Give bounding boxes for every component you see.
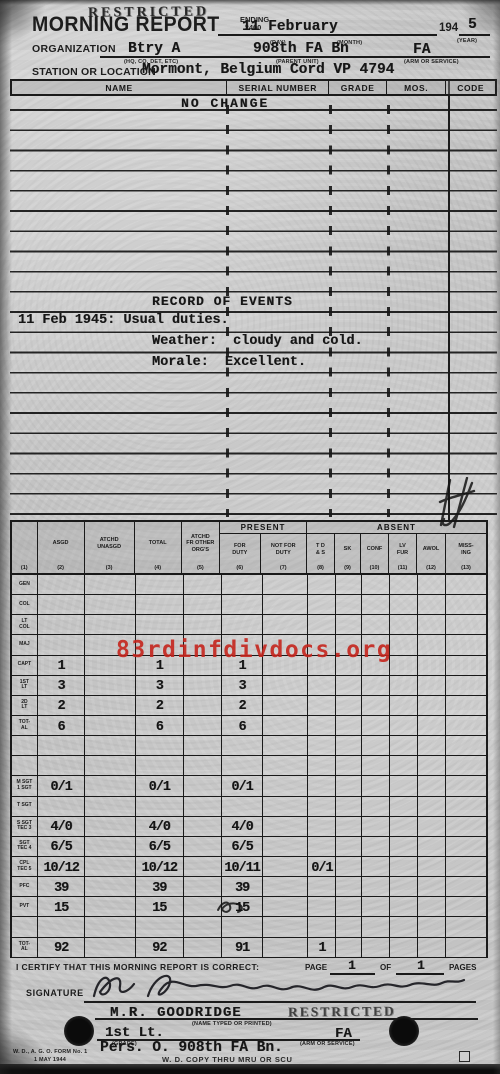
organization-label: ORGANIZATION xyxy=(32,43,116,55)
strength-cell xyxy=(308,877,336,896)
strength-cell xyxy=(308,575,336,594)
strength-cell xyxy=(38,635,86,654)
strength-row-label: S SGT TEC 3 xyxy=(12,817,38,836)
grade-value: 1st Lt. xyxy=(105,1025,164,1041)
strength-cell xyxy=(390,615,418,634)
unit-line: Pers. O. 908th FA Bn. xyxy=(100,1040,283,1056)
strength-cell xyxy=(308,837,336,856)
strength-cell xyxy=(390,817,418,836)
strength-cell xyxy=(336,575,362,594)
strength-row-label: CPL TEC 5 xyxy=(12,857,38,876)
strength-cell: 6/5 xyxy=(136,837,184,856)
strength-cell xyxy=(263,877,309,896)
strength-cell xyxy=(362,716,390,735)
strength-cell xyxy=(418,716,447,735)
punch-hole-right xyxy=(389,1016,419,1046)
strength-cell xyxy=(418,635,447,654)
strength-table: (1) ASGD (2) ATCHD UNASGD (3) TOTAL (4) … xyxy=(10,520,488,958)
strength-row-label xyxy=(12,756,38,775)
strength-cell xyxy=(390,736,418,755)
strength-row: CPL TEC 510/1210/1210/110/1 xyxy=(12,857,486,877)
strength-cell: 10/11 xyxy=(222,857,263,876)
strength-cell xyxy=(362,857,390,876)
strength-cell: 2 xyxy=(38,696,86,715)
watermark-text: 83rdinfdivdocs.org xyxy=(116,637,392,663)
strength-cell xyxy=(222,595,263,614)
strength-cell xyxy=(263,897,309,916)
punch-hole-left xyxy=(64,1016,94,1046)
strength-cell: 0/1 xyxy=(222,776,263,795)
arm-caption: (ARM OR SERVICE) xyxy=(404,59,459,65)
organization-value: Btry A xyxy=(128,41,180,57)
strength-cell: 2 xyxy=(222,696,263,715)
strength-cell xyxy=(336,676,362,695)
strength-cell xyxy=(418,938,447,957)
strength-cell xyxy=(362,938,390,957)
form-number: W. D., A. G. O. FORM No. 1 xyxy=(13,1049,87,1055)
strength-cell xyxy=(263,817,309,836)
strength-cell xyxy=(362,696,390,715)
strength-cell: 4/0 xyxy=(38,817,86,836)
strength-cell: 39 xyxy=(136,877,184,896)
strength-cell: 15 xyxy=(38,897,86,916)
strength-cell: 6 xyxy=(136,716,184,735)
column-tick-serial xyxy=(226,105,229,517)
strength-col-not-for-duty: NOT FOR DUTY (7) xyxy=(261,534,306,573)
event-line: Morale: Excellent. xyxy=(152,355,306,370)
strength-cell xyxy=(390,676,418,695)
strength-cell: 0/1 xyxy=(136,776,184,795)
restricted-stamp-bottom: RESTRICTED xyxy=(288,1004,396,1021)
strength-cell xyxy=(446,938,486,957)
strength-cell xyxy=(85,756,136,775)
strength-cell xyxy=(418,676,447,695)
strength-cell xyxy=(390,756,418,775)
strength-cell xyxy=(418,797,447,816)
strength-cell xyxy=(418,877,447,896)
strength-row: TOT- AL9292911 xyxy=(12,938,486,958)
strength-row-label: 1ST LT xyxy=(12,676,38,695)
strength-cell xyxy=(184,797,223,816)
strength-row xyxy=(12,736,486,756)
strength-cell xyxy=(390,635,418,654)
strength-cell xyxy=(446,575,486,594)
strength-cell xyxy=(85,575,136,594)
strength-table-header: (1) ASGD (2) ATCHD UNASGD (3) TOTAL (4) … xyxy=(12,520,486,575)
strength-cell xyxy=(390,595,418,614)
strength-cell xyxy=(362,736,390,755)
strength-row-label xyxy=(12,917,38,936)
strength-cell xyxy=(222,797,263,816)
strength-cell xyxy=(336,696,362,715)
strength-cell xyxy=(446,615,486,634)
strength-cell: 1 xyxy=(38,656,86,675)
strength-cell xyxy=(184,595,223,614)
corner-square-mark xyxy=(459,1051,470,1062)
strength-cell: 0/1 xyxy=(38,776,86,795)
strength-col-tds: T D & S (8) xyxy=(307,534,335,573)
strength-cell xyxy=(418,595,447,614)
year-prefix: 194 xyxy=(439,22,458,34)
strength-row: COL xyxy=(12,595,486,615)
strength-cell xyxy=(390,656,418,675)
strength-row-label: CAPT xyxy=(12,656,38,675)
strength-cell xyxy=(308,917,336,936)
strength-cell xyxy=(222,736,263,755)
strength-cell xyxy=(184,676,223,695)
signature-label: SIGNATURE xyxy=(26,988,84,998)
strength-row: PVT151515 xyxy=(12,897,486,917)
strength-cell xyxy=(38,595,86,614)
strength-col-total: TOTAL (4) xyxy=(135,522,182,573)
strength-cell xyxy=(336,857,362,876)
column-tick-grade xyxy=(329,105,332,517)
strength-col-lv-fur: LV FUR (11) xyxy=(389,534,417,573)
strength-cell xyxy=(446,635,486,654)
strength-cell xyxy=(263,676,309,695)
strength-cell xyxy=(362,575,390,594)
station-label: STATION OR LOCATION xyxy=(32,66,156,78)
strength-cell xyxy=(184,837,223,856)
strength-row: LT COL xyxy=(12,615,486,635)
present-group: PRESENT FOR DUTY (6) NOT FOR DUTY (7) xyxy=(220,522,307,573)
strength-col-for-duty: FOR DUTY (6) xyxy=(220,534,261,573)
strength-cell: 6/5 xyxy=(222,837,263,856)
strength-cell xyxy=(222,575,263,594)
strength-cell xyxy=(85,797,136,816)
strength-cell xyxy=(418,817,447,836)
strength-cell xyxy=(362,756,390,775)
strength-cell xyxy=(222,917,263,936)
strength-cell xyxy=(136,575,184,594)
strength-cell xyxy=(390,776,418,795)
strength-cell: 1 xyxy=(308,938,336,957)
strength-cell xyxy=(362,595,390,614)
strength-col-atchd-other: ATCHD FR OTHER ORG'S (5) xyxy=(182,522,220,573)
strength-cell xyxy=(263,938,309,957)
strength-cell xyxy=(308,736,336,755)
strength-cell xyxy=(336,938,362,957)
strength-row-label: M SGT 1 SGT xyxy=(12,776,38,795)
strength-cell xyxy=(222,615,263,634)
strength-cell xyxy=(184,877,223,896)
strength-cell xyxy=(85,817,136,836)
strength-cell xyxy=(38,917,86,936)
strength-cell xyxy=(136,595,184,614)
col-mos: MOS. xyxy=(387,81,447,94)
strength-cell xyxy=(85,857,136,876)
strength-cell xyxy=(308,595,336,614)
arm-underline xyxy=(395,56,490,58)
strength-cell xyxy=(362,797,390,816)
strength-cell xyxy=(418,857,447,876)
strength-cell xyxy=(263,917,309,936)
strength-cell xyxy=(136,797,184,816)
pen-scribble xyxy=(216,898,246,916)
strength-cell xyxy=(136,736,184,755)
code-column-line xyxy=(448,79,450,520)
strength-cell xyxy=(336,615,362,634)
strength-cell xyxy=(390,696,418,715)
strength-cell xyxy=(418,897,447,916)
strength-cell: 6/5 xyxy=(38,837,86,856)
strength-cell: 92 xyxy=(38,938,86,957)
strength-row-label: PVT xyxy=(12,897,38,916)
strength-cell xyxy=(446,656,486,675)
strength-cell xyxy=(446,877,486,896)
report-date-value: 11 February xyxy=(242,19,338,35)
strength-cell xyxy=(263,837,309,856)
strength-row-label: T SGT xyxy=(12,797,38,816)
strength-cell xyxy=(390,897,418,916)
no-change-entry: NO CHANGE xyxy=(181,96,269,111)
strength-cell xyxy=(85,877,136,896)
strength-cell xyxy=(308,776,336,795)
strength-cell xyxy=(308,817,336,836)
signature-arm-value: FA xyxy=(335,1026,352,1042)
strength-cell: 91 xyxy=(222,938,263,957)
strength-row xyxy=(12,917,486,937)
strength-cell xyxy=(336,797,362,816)
strength-cell xyxy=(336,595,362,614)
strength-cell xyxy=(446,797,486,816)
strength-cell xyxy=(362,817,390,836)
strength-cell xyxy=(85,897,136,916)
strength-row: GEN xyxy=(12,575,486,595)
strength-cell xyxy=(418,756,447,775)
strength-cell xyxy=(390,938,418,957)
strength-row: S SGT TEC 34/04/04/0 xyxy=(12,817,486,837)
column-tick-mos xyxy=(387,105,390,517)
strength-cell xyxy=(336,756,362,775)
strength-cell xyxy=(336,837,362,856)
strength-cell: 4/0 xyxy=(222,817,263,836)
strength-cell xyxy=(336,716,362,735)
col-grade: GRADE xyxy=(329,81,387,94)
strength-cell xyxy=(446,817,486,836)
strength-row-label: PFC xyxy=(12,877,38,896)
strength-cell xyxy=(85,736,136,755)
strength-row-label: COL xyxy=(12,595,38,614)
strength-cell xyxy=(263,716,309,735)
station-value: Mormont, Belgium Cord VP 4794 xyxy=(142,62,394,78)
strength-cell xyxy=(362,877,390,896)
strength-cell xyxy=(336,817,362,836)
morning-report-scan: RESTRICTED MORNING REPORT ENDING 2400 11… xyxy=(0,0,500,1074)
strength-cell xyxy=(184,575,223,594)
strength-row-label: LT COL xyxy=(12,615,38,634)
strength-cell: 39 xyxy=(38,877,86,896)
strength-cell xyxy=(446,917,486,936)
strength-cell xyxy=(418,615,447,634)
strength-col-awol: AWOL (12) xyxy=(417,534,446,573)
typed-name-caption: (NAME TYPED OR PRINTED) xyxy=(192,1021,272,1027)
strength-cell xyxy=(418,776,447,795)
strength-cell xyxy=(390,877,418,896)
strength-cell xyxy=(390,716,418,735)
strength-cell xyxy=(418,917,447,936)
strength-cell xyxy=(336,877,362,896)
strength-cell xyxy=(418,736,447,755)
absent-group: ABSENT T D & S (8) SK (9) CONF (10) xyxy=(307,522,486,573)
strength-cell xyxy=(336,776,362,795)
strength-cell: 39 xyxy=(222,877,263,896)
strength-row: TOT- AL666 xyxy=(12,716,486,736)
strength-row-label: TOT- AL xyxy=(12,716,38,735)
year-caption: (YEAR) xyxy=(457,38,477,44)
col-name: NAME xyxy=(12,81,227,94)
roster-header-row: NAME SERIAL NUMBER GRADE MOS. CODE xyxy=(10,79,497,96)
strength-cell xyxy=(85,938,136,957)
typed-name: M.R. GOODRIDGE xyxy=(110,1005,242,1021)
strength-cell xyxy=(38,736,86,755)
strength-cell xyxy=(184,736,223,755)
strength-cell: 3 xyxy=(38,676,86,695)
strength-row: 1ST LT333 xyxy=(12,676,486,696)
strength-cell xyxy=(362,676,390,695)
strength-cell: 3 xyxy=(136,676,184,695)
strength-cell xyxy=(390,575,418,594)
strength-cell xyxy=(263,756,309,775)
strength-row-label: SGT TEC 4 xyxy=(12,837,38,856)
strength-cell xyxy=(38,615,86,634)
col-code: CODE xyxy=(446,81,495,94)
strength-cell xyxy=(362,776,390,795)
strength-cell xyxy=(308,676,336,695)
strength-cell xyxy=(136,917,184,936)
strength-cell xyxy=(446,857,486,876)
strength-cell xyxy=(184,776,223,795)
strength-row-label xyxy=(12,736,38,755)
strength-row: SGT TEC 46/56/56/5 xyxy=(12,837,486,857)
event-line: 11 Feb 1945: Usual duties. xyxy=(18,313,229,328)
parent-unit-value: 908th FA Bn xyxy=(253,41,349,57)
strength-cell xyxy=(184,938,223,957)
strength-cell: 10/12 xyxy=(136,857,184,876)
strength-cell xyxy=(38,575,86,594)
strength-cell xyxy=(85,595,136,614)
strength-col-sk: SK (9) xyxy=(335,534,361,573)
year-value: 5 xyxy=(468,17,477,33)
scan-bottom-edge xyxy=(0,1064,500,1074)
strength-cell xyxy=(263,736,309,755)
strength-row: M SGT 1 SGT0/10/10/1 xyxy=(12,776,486,796)
strength-cell xyxy=(263,575,309,594)
strength-col-asgd: ASGD (2) xyxy=(38,522,85,573)
year-underline xyxy=(459,34,490,36)
strength-cell xyxy=(308,897,336,916)
strength-cell: 92 xyxy=(136,938,184,957)
strength-cell: 0/1 xyxy=(308,857,336,876)
form-date: 1 MAY 1944 xyxy=(34,1057,66,1063)
strength-cell xyxy=(308,615,336,634)
strength-cell xyxy=(446,676,486,695)
strength-cell xyxy=(308,696,336,715)
strength-cell xyxy=(263,615,309,634)
strength-cell xyxy=(362,837,390,856)
strength-cell xyxy=(85,776,136,795)
strength-cell xyxy=(308,797,336,816)
strength-cell xyxy=(390,837,418,856)
strength-cell xyxy=(362,917,390,936)
strength-row-label: TOT- AL xyxy=(12,938,38,957)
record-of-events-title: RECORD OF EVENTS xyxy=(152,294,293,309)
strength-row-label: GEN xyxy=(12,575,38,594)
signature-script xyxy=(88,966,478,1006)
strength-cell: 4/0 xyxy=(136,817,184,836)
strength-cell xyxy=(446,736,486,755)
strength-row-label: 2D LT xyxy=(12,696,38,715)
strength-cell xyxy=(85,917,136,936)
strength-cell: 15 xyxy=(136,897,184,916)
strength-cell xyxy=(184,857,223,876)
strength-cell xyxy=(418,656,447,675)
strength-cell xyxy=(136,756,184,775)
strength-cell: 6 xyxy=(38,716,86,735)
strength-cell xyxy=(446,776,486,795)
signature-arm-caption: (ARM OR SERVICE) xyxy=(300,1041,355,1047)
strength-cell: 3 xyxy=(222,676,263,695)
page-title: MORNING REPORT xyxy=(32,13,220,37)
strength-cell xyxy=(184,917,223,936)
strength-cell xyxy=(390,797,418,816)
strength-cell xyxy=(418,696,447,715)
strength-cell: 2 xyxy=(136,696,184,715)
strength-cell xyxy=(390,857,418,876)
strength-cell xyxy=(362,615,390,634)
strength-cell xyxy=(446,897,486,916)
strength-cell xyxy=(184,696,223,715)
strength-cell: 6 xyxy=(222,716,263,735)
strength-cell xyxy=(336,897,362,916)
event-line: Weather: cloudy and cold. xyxy=(152,334,363,349)
strength-cell xyxy=(263,595,309,614)
strength-cell xyxy=(38,756,86,775)
strength-cell xyxy=(222,756,263,775)
strength-cell xyxy=(263,857,309,876)
strength-cell xyxy=(263,776,309,795)
strength-cell xyxy=(184,615,223,634)
strength-cell xyxy=(184,756,223,775)
strength-cell xyxy=(136,615,184,634)
strength-cell xyxy=(446,595,486,614)
strength-cell xyxy=(85,615,136,634)
strength-cell xyxy=(85,716,136,735)
strength-cell xyxy=(336,736,362,755)
strength-cell xyxy=(308,716,336,735)
copy-note: W. D. COPY THRU MRU OR SCU xyxy=(162,1055,292,1064)
strength-cell xyxy=(184,817,223,836)
strength-row: 2D LT222 xyxy=(12,696,486,716)
strength-col-atchd-unasgd: ATCHD UNASGD (3) xyxy=(85,522,135,573)
strength-cell xyxy=(263,696,309,715)
strength-row-label: MAJ xyxy=(12,635,38,654)
strength-col-1: (1) xyxy=(12,522,38,573)
strength-cell xyxy=(446,696,486,715)
strength-cell xyxy=(263,797,309,816)
strength-col-conf: CONF (10) xyxy=(361,534,389,573)
handwritten-initials xyxy=(436,477,480,529)
strength-table-body: GENCOLLT COLMAJCAPT1111ST LT3332D LT222T… xyxy=(12,575,486,958)
strength-cell xyxy=(85,676,136,695)
strength-cell xyxy=(308,756,336,775)
strength-cell xyxy=(418,837,447,856)
strength-row xyxy=(12,756,486,776)
strength-cell xyxy=(38,797,86,816)
strength-cell: 10/12 xyxy=(38,857,86,876)
arm-value: FA xyxy=(413,42,430,58)
strength-cell xyxy=(336,917,362,936)
